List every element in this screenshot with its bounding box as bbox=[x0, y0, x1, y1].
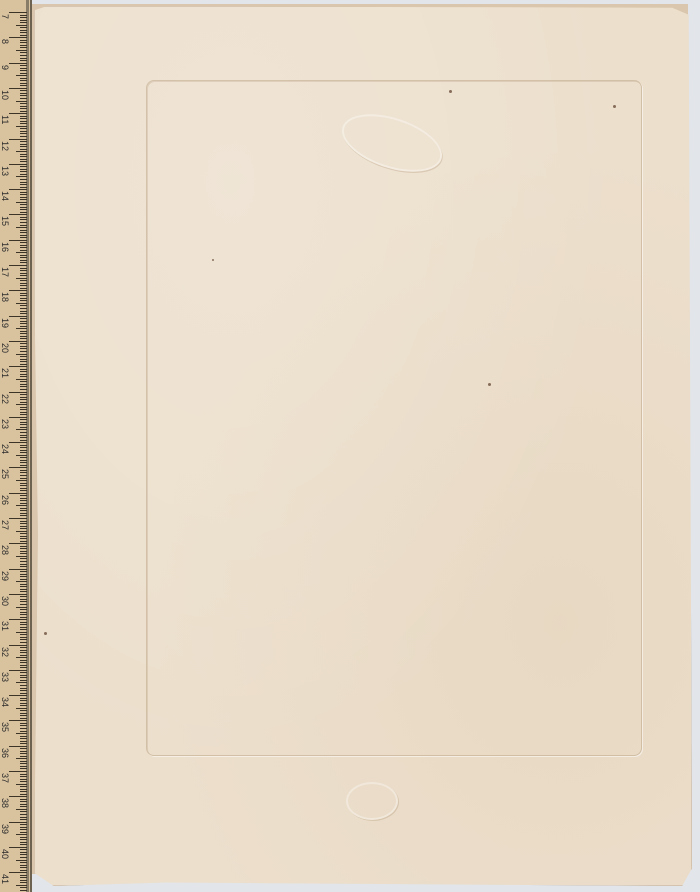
ruler-tick bbox=[16, 379, 27, 380]
ruler-tick bbox=[20, 490, 27, 491]
ruler-tick bbox=[20, 68, 27, 69]
ruler-tick bbox=[20, 774, 27, 775]
ruler-tick bbox=[20, 85, 27, 86]
ruler-label: 41 bbox=[0, 874, 10, 884]
ruler-tick bbox=[16, 303, 27, 304]
ruler-label: 26 bbox=[0, 495, 10, 505]
ruler-tick bbox=[20, 293, 27, 294]
ruler-label: 37 bbox=[0, 773, 10, 783]
ruler-tick bbox=[20, 637, 27, 638]
ruler-tick bbox=[9, 265, 27, 266]
foxing-spot bbox=[613, 105, 616, 108]
ruler-tick bbox=[20, 412, 27, 413]
ruler-tick bbox=[20, 870, 27, 871]
ruler-tick bbox=[20, 22, 27, 23]
ruler-tick bbox=[16, 531, 27, 532]
ruler-tick bbox=[20, 384, 27, 385]
ruler-tick bbox=[20, 867, 27, 868]
ruler-tick bbox=[20, 308, 27, 309]
ruler-tick bbox=[20, 647, 27, 648]
ruler-tick bbox=[9, 771, 27, 772]
ruler-tick bbox=[20, 553, 27, 554]
ruler-tick bbox=[20, 331, 27, 332]
ruler-label: 33 bbox=[0, 672, 10, 682]
ruler-tick bbox=[20, 295, 27, 296]
ruler-tick bbox=[20, 288, 27, 289]
ruler-tick bbox=[20, 93, 27, 94]
ruler-tick bbox=[20, 146, 27, 147]
ruler-tick bbox=[20, 58, 27, 59]
ruler-tick bbox=[20, 182, 27, 183]
ruler-label: 32 bbox=[0, 647, 10, 657]
ruler-tick bbox=[20, 609, 27, 610]
ruler-tick bbox=[20, 371, 27, 372]
ruler-label: 15 bbox=[0, 216, 10, 226]
ruler-tick bbox=[9, 720, 27, 721]
ruler-tick bbox=[20, 159, 27, 160]
ruler-tick bbox=[20, 801, 27, 802]
ruler-tick bbox=[16, 657, 27, 658]
ruler-tick bbox=[20, 601, 27, 602]
ruler-tick bbox=[9, 12, 27, 13]
ruler-label: 24 bbox=[0, 444, 10, 454]
ruler-tick bbox=[20, 715, 27, 716]
ruler-tick bbox=[20, 817, 27, 818]
foxing-spot bbox=[44, 632, 47, 635]
ruler-tick bbox=[16, 151, 27, 152]
ruler-tick bbox=[20, 457, 27, 458]
ruler-tick bbox=[16, 354, 27, 355]
ruler-tick bbox=[20, 685, 27, 686]
ruler-tick bbox=[20, 731, 27, 732]
ruler-label: 28 bbox=[0, 545, 10, 555]
ruler-tick bbox=[20, 736, 27, 737]
ruler-tick bbox=[20, 80, 27, 81]
ruler-label: 31 bbox=[0, 621, 10, 631]
ruler-tick bbox=[9, 189, 27, 190]
ruler-tick bbox=[16, 455, 27, 456]
ruler-tick bbox=[9, 139, 27, 140]
ruler-tick bbox=[20, 52, 27, 53]
ruler-tick bbox=[20, 166, 27, 167]
ruler-tick bbox=[16, 480, 27, 481]
ruler-tick bbox=[20, 475, 27, 476]
ruler-tick bbox=[9, 594, 27, 595]
ruler-tick bbox=[20, 409, 27, 410]
ruler-tick bbox=[20, 326, 27, 327]
ruler-tick bbox=[20, 179, 27, 180]
ruler-tick bbox=[16, 429, 27, 430]
ruler-tick bbox=[20, 703, 27, 704]
ruler-label: 16 bbox=[0, 242, 10, 252]
ruler-tick bbox=[20, 397, 27, 398]
ruler-tick bbox=[20, 688, 27, 689]
ruler-tick bbox=[20, 184, 27, 185]
ruler-tick bbox=[9, 366, 27, 367]
embossed-mark-bottom bbox=[346, 782, 398, 820]
ruler-tick bbox=[20, 346, 27, 347]
ruler-tick bbox=[20, 574, 27, 575]
ruler-tick bbox=[16, 834, 27, 835]
ruler-tick bbox=[20, 374, 27, 375]
ruler-tick bbox=[20, 452, 27, 453]
ruler-label: 40 bbox=[0, 849, 10, 859]
ruler-tick bbox=[20, 222, 27, 223]
ruler-tick bbox=[20, 837, 27, 838]
ruler-tick bbox=[20, 389, 27, 390]
ruler-tick bbox=[20, 225, 27, 226]
ruler-tick bbox=[16, 733, 27, 734]
ruler-label: 27 bbox=[0, 520, 10, 530]
ruler-tick bbox=[20, 728, 27, 729]
ruler-tick bbox=[20, 799, 27, 800]
ruler-tick bbox=[20, 207, 27, 208]
ruler-tick bbox=[9, 645, 27, 646]
ruler-tick bbox=[20, 435, 27, 436]
ruler-tick bbox=[20, 748, 27, 749]
ruler-tick bbox=[20, 174, 27, 175]
ruler-tick bbox=[16, 708, 27, 709]
ruler-tick bbox=[20, 260, 27, 261]
ruler-tick bbox=[20, 219, 27, 220]
ruler-tick bbox=[20, 546, 27, 547]
ruler-tick bbox=[20, 212, 27, 213]
ruler-tick bbox=[20, 437, 27, 438]
ruler-tick bbox=[20, 513, 27, 514]
ruler-tick bbox=[16, 101, 27, 102]
ruler-tick bbox=[20, 698, 27, 699]
ruler-tick bbox=[20, 882, 27, 883]
ruler-tick bbox=[20, 705, 27, 706]
ruler-tick bbox=[20, 154, 27, 155]
ruler-tick bbox=[16, 556, 27, 557]
ruler-tick bbox=[9, 37, 27, 38]
ruler-tick bbox=[16, 682, 27, 683]
ruler-tick bbox=[20, 242, 27, 243]
ruler-tick bbox=[20, 584, 27, 585]
ruler-tick bbox=[20, 237, 27, 238]
ruler-tick bbox=[20, 445, 27, 446]
ruler-tick bbox=[20, 47, 27, 48]
ruler-tick bbox=[20, 639, 27, 640]
foxing-spot bbox=[449, 90, 452, 93]
ruler-tick bbox=[20, 824, 27, 825]
ruler-tick bbox=[16, 758, 27, 759]
ruler-tick bbox=[20, 273, 27, 274]
ruler-tick bbox=[20, 336, 27, 337]
ruler-tick bbox=[20, 508, 27, 509]
ruler-tick bbox=[16, 607, 27, 608]
ruler-tick bbox=[20, 386, 27, 387]
ruler-tick bbox=[20, 419, 27, 420]
ruler-tick bbox=[20, 472, 27, 473]
ruler-label: 23 bbox=[0, 419, 10, 429]
ruler-tick bbox=[9, 569, 27, 570]
ruler-tick bbox=[20, 579, 27, 580]
ruler-tick bbox=[20, 40, 27, 41]
ruler-tick bbox=[20, 402, 27, 403]
ruler-tick bbox=[20, 781, 27, 782]
ruler-tick bbox=[20, 865, 27, 866]
ruler-tick bbox=[20, 741, 27, 742]
ruler-tick bbox=[20, 510, 27, 511]
ruler-tick bbox=[20, 470, 27, 471]
ruler-tick bbox=[20, 890, 27, 891]
ruler-tick bbox=[20, 427, 27, 428]
ruler-tick bbox=[20, 399, 27, 400]
ruler-tick bbox=[20, 230, 27, 231]
ruler-tick bbox=[16, 404, 27, 405]
ruler-tick bbox=[20, 526, 27, 527]
ruler-tick bbox=[20, 662, 27, 663]
ruler-tick bbox=[20, 528, 27, 529]
ruler-tick bbox=[20, 45, 27, 46]
ruler-label: 36 bbox=[0, 748, 10, 758]
ruler-tick bbox=[20, 27, 27, 28]
ruler-tick bbox=[20, 665, 27, 666]
ruler-tick bbox=[20, 65, 27, 66]
ruler-tick bbox=[9, 467, 27, 468]
ruler-label: 8 bbox=[0, 39, 10, 44]
ruler-tick bbox=[20, 675, 27, 676]
ruler-label: 13 bbox=[0, 166, 10, 176]
ruler-tick bbox=[16, 75, 27, 76]
ruler-tick bbox=[20, 247, 27, 248]
ruler-tick bbox=[20, 270, 27, 271]
ruler-tick bbox=[20, 103, 27, 104]
ruler-tick bbox=[20, 571, 27, 572]
ruler-tick bbox=[20, 133, 27, 134]
ruler-tick bbox=[20, 854, 27, 855]
ruler-tick bbox=[20, 804, 27, 805]
ruler-tick bbox=[20, 199, 27, 200]
ruler-tick bbox=[20, 83, 27, 84]
ruler-tick bbox=[20, 121, 27, 122]
ruler-tick bbox=[20, 794, 27, 795]
ruler-tick bbox=[20, 128, 27, 129]
ruler-label: 7 bbox=[0, 14, 10, 19]
ruler-tick bbox=[20, 612, 27, 613]
ruler-tick bbox=[20, 652, 27, 653]
ruler-tick bbox=[20, 17, 27, 18]
ruler-tick bbox=[20, 667, 27, 668]
ruler-tick bbox=[20, 622, 27, 623]
ruler-tick bbox=[20, 311, 27, 312]
ruler-tick bbox=[20, 15, 27, 16]
ruler-tick bbox=[20, 394, 27, 395]
ruler-tick bbox=[20, 123, 27, 124]
ruler-tick bbox=[20, 187, 27, 188]
ruler-tick bbox=[20, 723, 27, 724]
ruler-tick bbox=[20, 280, 27, 281]
ruler-tick bbox=[20, 753, 27, 754]
ruler-tick bbox=[20, 842, 27, 843]
ruler-tick bbox=[16, 252, 27, 253]
ruler-tick bbox=[20, 677, 27, 678]
ruler-tick bbox=[16, 176, 27, 177]
ruler-tick bbox=[20, 806, 27, 807]
ruler-tick bbox=[16, 278, 27, 279]
ruler-tick bbox=[20, 627, 27, 628]
ruler-tick bbox=[20, 655, 27, 656]
ruler-tick bbox=[9, 442, 27, 443]
ruler-tick bbox=[20, 70, 27, 71]
ruler-tick bbox=[20, 819, 27, 820]
ruler-tick bbox=[20, 440, 27, 441]
ruler-tick bbox=[20, 839, 27, 840]
ruler-tick bbox=[9, 493, 27, 494]
ruler-tick bbox=[20, 650, 27, 651]
ruler-tick bbox=[9, 113, 27, 114]
ruler-tick bbox=[20, 95, 27, 96]
ruler-tick bbox=[20, 779, 27, 780]
ruler-tick bbox=[20, 245, 27, 246]
ruler-tick bbox=[20, 305, 27, 306]
ruler-tick bbox=[20, 407, 27, 408]
ruler-tick bbox=[20, 478, 27, 479]
ruler-tick bbox=[20, 30, 27, 31]
ruler-tick bbox=[20, 614, 27, 615]
ruler-tick bbox=[20, 768, 27, 769]
ruler-tick bbox=[20, 548, 27, 549]
ruler-label: 30 bbox=[0, 596, 10, 606]
ruler-tick bbox=[9, 543, 27, 544]
ruler-tick bbox=[20, 78, 27, 79]
ruler-tick bbox=[16, 809, 27, 810]
ruler-tick bbox=[20, 20, 27, 21]
ruler-tick bbox=[16, 328, 27, 329]
ruler-tick bbox=[20, 751, 27, 752]
ruler-tick bbox=[20, 832, 27, 833]
ruler-tick bbox=[20, 141, 27, 142]
ruler-tick bbox=[20, 538, 27, 539]
ruler-label: 25 bbox=[0, 469, 10, 479]
ruler-tick bbox=[20, 338, 27, 339]
plate-mark bbox=[146, 80, 642, 756]
ruler-tick bbox=[20, 424, 27, 425]
ruler-tick bbox=[20, 599, 27, 600]
ruler-tick bbox=[9, 240, 27, 241]
ruler-label: 17 bbox=[0, 267, 10, 277]
ruler-label: 35 bbox=[0, 722, 10, 732]
ruler-tick bbox=[20, 300, 27, 301]
ruler-tick bbox=[20, 136, 27, 137]
ruler-tick bbox=[20, 283, 27, 284]
ruler-tick bbox=[20, 857, 27, 858]
ruler-tick bbox=[20, 500, 27, 501]
ruler-tick bbox=[20, 776, 27, 777]
ruler-tick bbox=[20, 604, 27, 605]
ruler-label: 12 bbox=[0, 141, 10, 151]
ruler-tick bbox=[20, 786, 27, 787]
ruler-tick bbox=[9, 316, 27, 317]
ruler-tick bbox=[20, 462, 27, 463]
ruler-tick bbox=[20, 356, 27, 357]
ruler-tick bbox=[20, 811, 27, 812]
ruler-tick bbox=[20, 713, 27, 714]
ruler-tick bbox=[20, 829, 27, 830]
ruler-label: 11 bbox=[0, 115, 10, 124]
ruler-tick bbox=[20, 285, 27, 286]
ruler-tick bbox=[16, 50, 27, 51]
ruler-tick bbox=[20, 680, 27, 681]
ruler-tick bbox=[20, 718, 27, 719]
ruler-tick bbox=[20, 564, 27, 565]
ruler-tick bbox=[20, 323, 27, 324]
ruler-label: 19 bbox=[0, 318, 10, 328]
ruler-tick bbox=[20, 111, 27, 112]
ruler-tick bbox=[20, 624, 27, 625]
ruler-tick bbox=[16, 202, 27, 203]
ruler-tick bbox=[20, 690, 27, 691]
ruler-tick bbox=[9, 518, 27, 519]
ruler-tick bbox=[20, 197, 27, 198]
ruler-tick bbox=[9, 341, 27, 342]
ruler-tick bbox=[9, 88, 27, 89]
ruler-tick bbox=[20, 381, 27, 382]
ruler-tick bbox=[20, 432, 27, 433]
ruler-tick bbox=[20, 576, 27, 577]
ruler-tick bbox=[16, 126, 27, 127]
ruler-label: 29 bbox=[0, 571, 10, 581]
ruler-tick bbox=[20, 465, 27, 466]
ruler-tick bbox=[16, 860, 27, 861]
ruler-tick bbox=[20, 60, 27, 61]
ruler-tick bbox=[20, 558, 27, 559]
ruler-tick bbox=[20, 414, 27, 415]
ruler-label: 14 bbox=[0, 191, 10, 201]
ruler-tick bbox=[9, 822, 27, 823]
ruler-tick bbox=[20, 763, 27, 764]
ruler-tick bbox=[20, 877, 27, 878]
ruler-tick bbox=[20, 250, 27, 251]
ruler-tick bbox=[20, 617, 27, 618]
ruler-tick bbox=[20, 660, 27, 661]
ruler-tick bbox=[20, 791, 27, 792]
ruler-tick bbox=[20, 333, 27, 334]
ruler-tick bbox=[20, 55, 27, 56]
ruler-tick bbox=[20, 351, 27, 352]
ruler-tick bbox=[20, 533, 27, 534]
ruler-tick bbox=[20, 275, 27, 276]
ruler-tick bbox=[20, 852, 27, 853]
ruler-tick bbox=[20, 169, 27, 170]
ruler-tick bbox=[9, 417, 27, 418]
ruler-tick bbox=[9, 63, 27, 64]
ruler-tick bbox=[20, 90, 27, 91]
ruler-tick bbox=[20, 156, 27, 157]
ruler-label: 20 bbox=[0, 343, 10, 353]
ruler-tick bbox=[20, 827, 27, 828]
ruler-tick bbox=[9, 619, 27, 620]
ruler-tick bbox=[20, 217, 27, 218]
ruler-tick bbox=[20, 862, 27, 863]
ruler-tick bbox=[16, 632, 27, 633]
ruler-tick bbox=[20, 232, 27, 233]
ruler-tick bbox=[20, 789, 27, 790]
ruler-tick bbox=[16, 25, 27, 26]
ruler-tick bbox=[20, 204, 27, 205]
ruler-tick bbox=[9, 290, 27, 291]
ruler-tick bbox=[20, 108, 27, 109]
ruler-tick bbox=[20, 887, 27, 888]
ruler-tick bbox=[20, 106, 27, 107]
ruler-tick bbox=[16, 581, 27, 582]
ruler-tick bbox=[16, 784, 27, 785]
ruler-tick bbox=[20, 561, 27, 562]
ruler-tick bbox=[20, 515, 27, 516]
ruler-tick bbox=[9, 392, 27, 393]
